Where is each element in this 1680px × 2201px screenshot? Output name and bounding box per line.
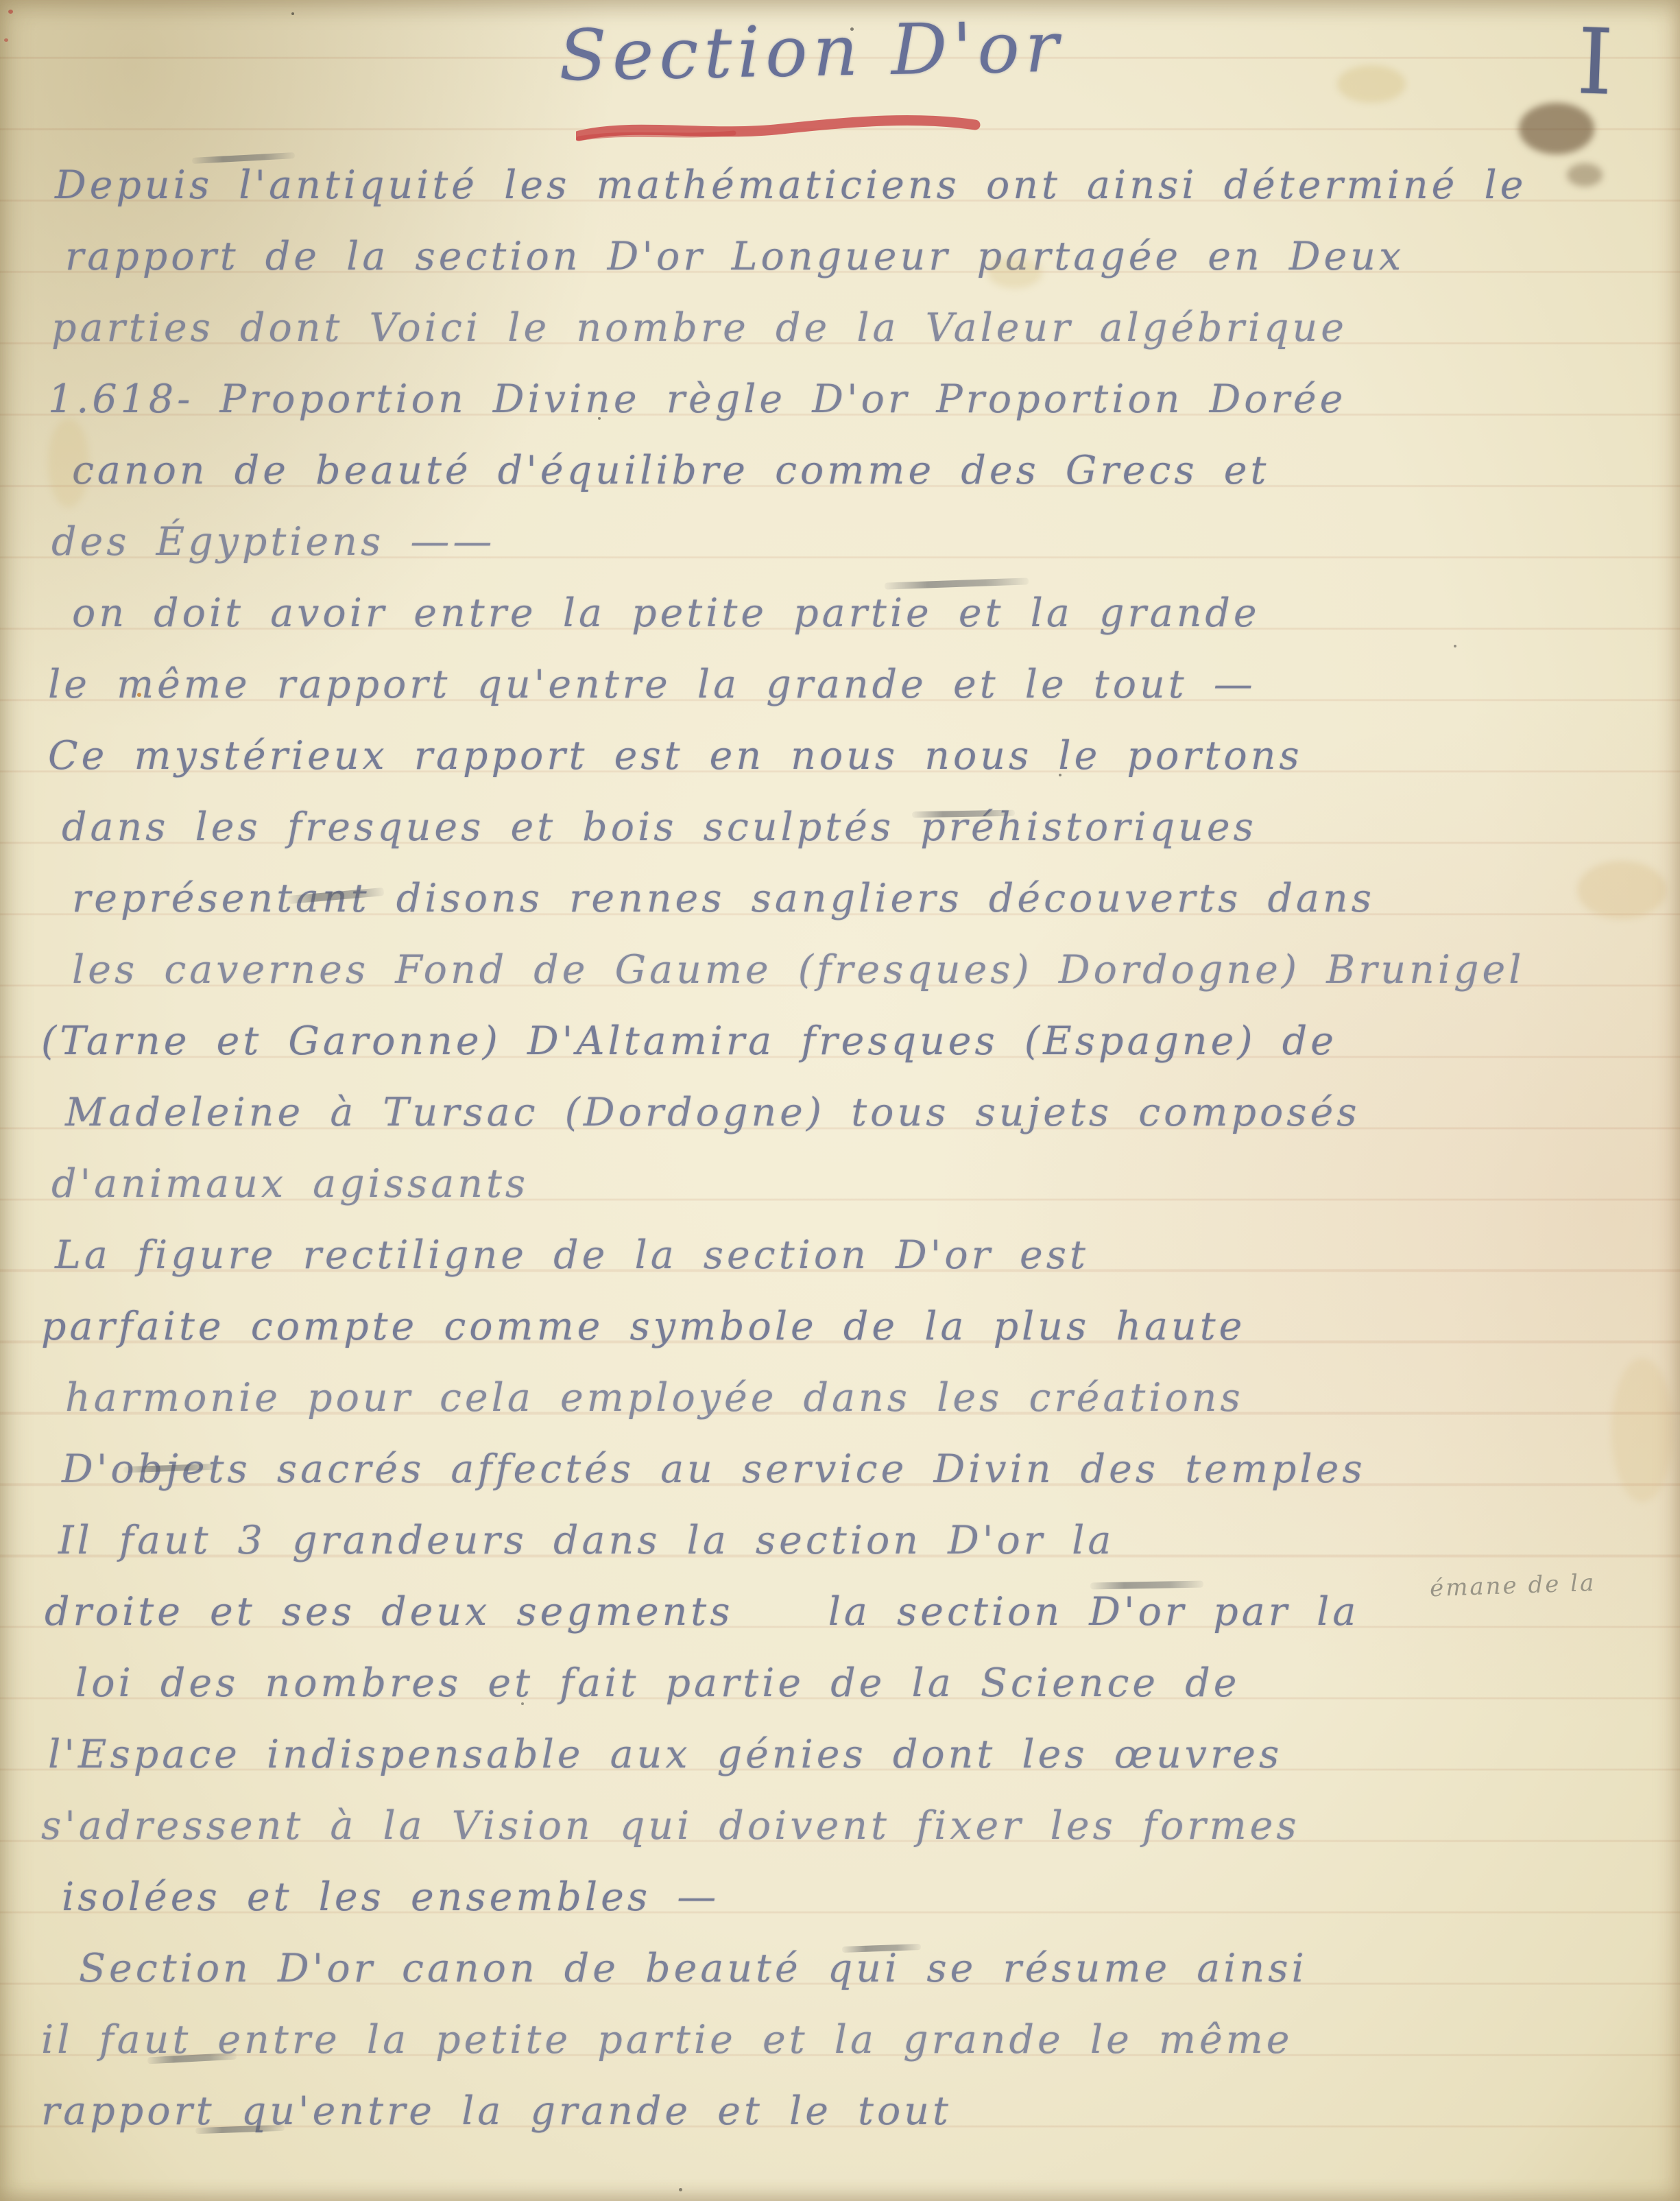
interline-annotation: émane de la	[1429, 1569, 1596, 1602]
manuscript-line: Depuis l'antiquité les mathématiciens on…	[0, 150, 1680, 221]
manuscript-page: Section D'or I Depuis l'antiquité les ma…	[0, 0, 1680, 2201]
page-title: Section D'or	[558, 7, 1064, 97]
manuscript-line: harmonie pour cela employée dans les cré…	[0, 1362, 1680, 1433]
manuscript-line: canon de beauté d'équilibre comme des Gr…	[0, 435, 1680, 506]
manuscript-line: l'Espace indispensable aux génies dont l…	[0, 1719, 1680, 1790]
manuscript-line: isolées et les ensembles —	[0, 1861, 1680, 1933]
manuscript-line: les cavernes Fond de Gaume (fresques) Do…	[0, 934, 1680, 1006]
manuscript-line: Il faut 3 grandeurs dans la section D'or…	[0, 1505, 1680, 1576]
manuscript-line: rapport de la section D'or Longueur part…	[0, 221, 1680, 292]
manuscript-line: (Tarne et Garonne) D'Altamira fresques (…	[0, 1006, 1680, 1077]
manuscript-line: rapport qu'entre la grande et le tout	[0, 2075, 1680, 2147]
manuscript-line: parfaite compte comme symbole de la plus…	[0, 1291, 1680, 1362]
manuscript-line: dans les fresques et bois sculptés préhi…	[0, 792, 1680, 863]
speck	[8, 10, 13, 14]
manuscript-body: Depuis l'antiquité les mathématiciens on…	[0, 150, 1680, 2147]
manuscript-line: loi des nombres et fait partie de la Sci…	[0, 1647, 1680, 1719]
stain	[1337, 65, 1406, 103]
manuscript-line: Section D'or canon de beauté qui se résu…	[0, 1933, 1680, 2004]
manuscript-line: des Égyptiens ——	[0, 506, 1680, 578]
manuscript-line: La figure rectiligne de la section D'or …	[0, 1220, 1680, 1291]
page-number: I	[1575, 9, 1614, 116]
speck	[679, 2188, 682, 2191]
title-underline-mark	[576, 110, 987, 144]
manuscript-line: parties dont Voici le nombre de la Valeu…	[0, 292, 1680, 364]
speck	[4, 38, 8, 42]
manuscript-line: D'objets sacrés affectés au service Divi…	[0, 1433, 1680, 1505]
manuscript-line: s'adressent à la Vision qui doivent fixe…	[0, 1790, 1680, 1861]
manuscript-line: le même rapport qu'entre la grande et le…	[0, 649, 1680, 720]
manuscript-line: il faut entre la petite partie et la gra…	[0, 2004, 1680, 2075]
manuscript-line: d'animaux agissants	[0, 1148, 1680, 1220]
manuscript-line: Ce mystérieux rapport est en nous nous l…	[0, 720, 1680, 792]
manuscript-line: Madeleine à Tursac (Dordogne) tous sujet…	[0, 1077, 1680, 1148]
manuscript-line: 1.618- Proportion Divine règle D'or Prop…	[0, 364, 1680, 435]
manuscript-line: droite et ses deux segments la section D…	[0, 1576, 1680, 1647]
manuscript-line: on doit avoir entre la petite partie et …	[0, 578, 1680, 649]
speck	[291, 12, 294, 15]
manuscript-line: représentant disons rennes sangliers déc…	[0, 863, 1680, 934]
